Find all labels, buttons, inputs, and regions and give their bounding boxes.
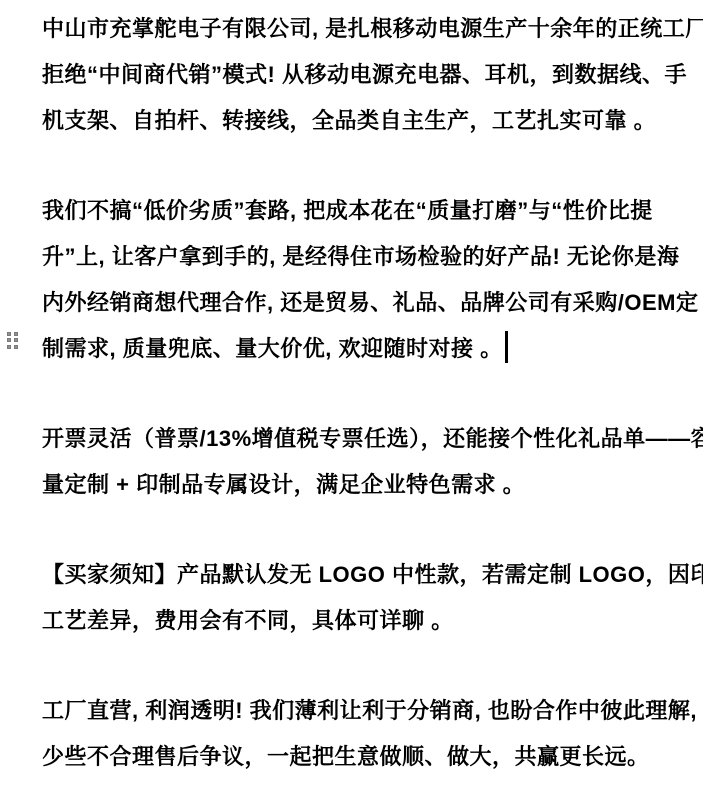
- paragraph-factory-direct[interactable]: 工厂直营, 利润透明! 我们薄利让利于分销商, 也盼合作中彼此理解,少些不合理售…: [42, 688, 669, 780]
- drag-handle-icon[interactable]: [5, 331, 19, 350]
- paragraph-company-intro[interactable]: 中山市充掌舵电子有限公司, 是扎根移动电源生产十余年的正统工厂,拒绝“中间商代销…: [42, 6, 669, 144]
- text-line: 我们不搞“低价劣质”套路, 把成本花在“质量打磨”与“性价比提: [42, 188, 669, 234]
- document-body: 中山市充掌舵电子有限公司, 是扎根移动电源生产十余年的正统工厂,拒绝“中间商代销…: [42, 6, 669, 780]
- text-line: 拒绝“中间商代销”模式! 从移动电源充电器、耳机，到数据线、手: [42, 52, 669, 98]
- text-line: 机支架、自拍杆、转接线，全品类自主生产，工艺扎实可靠 。: [42, 98, 669, 144]
- text-line: 量定制 + 印制品专属设计，满足企业特色需求 。: [42, 462, 669, 508]
- text-line: 制需求, 质量兜底、量大价优, 欢迎随时对接 。: [42, 326, 669, 372]
- text-line: 升”上, 让客户拿到手的, 是经得住市场检验的好产品! 无论你是海: [42, 234, 669, 280]
- text-line: 开票灵活（普票/13%增值税专票任选），还能接个性化礼品单——容: [42, 416, 669, 462]
- document-editing-surface[interactable]: 中山市充掌舵电子有限公司, 是扎根移动电源生产十余年的正统工厂,拒绝“中间商代销…: [0, 0, 703, 799]
- paragraph-invoice-customization[interactable]: 开票灵活（普票/13%增值税专票任选），还能接个性化礼品单——容量定制 + 印制…: [42, 416, 669, 508]
- paragraph-quality-cooperation[interactable]: 我们不搞“低价劣质”套路, 把成本花在“质量打磨”与“性价比提升”上, 让客户拿…: [42, 188, 669, 372]
- text-line: 中山市充掌舵电子有限公司, 是扎根移动电源生产十余年的正统工厂,: [42, 6, 669, 52]
- text-line: 少些不合理售后争议，一起把生意做顺、做大，共赢更长远。: [42, 734, 669, 780]
- text-line: 工厂直营, 利润透明! 我们薄利让利于分销商, 也盼合作中彼此理解,: [42, 688, 669, 734]
- text-caret: [505, 331, 508, 363]
- paragraph-buyer-notice[interactable]: 【买家须知】产品默认发无 LOGO 中性款，若需定制 LOGO，因印刷工艺差异，…: [42, 552, 669, 644]
- text-line: 内外经销商想代理合作, 还是贸易、礼品、品牌公司有采购/OEM定: [42, 280, 669, 326]
- text-line: 工艺差异，费用会有不同，具体可详聊 。: [42, 598, 669, 644]
- text-line: 【买家须知】产品默认发无 LOGO 中性款，若需定制 LOGO，因印刷: [42, 552, 669, 598]
